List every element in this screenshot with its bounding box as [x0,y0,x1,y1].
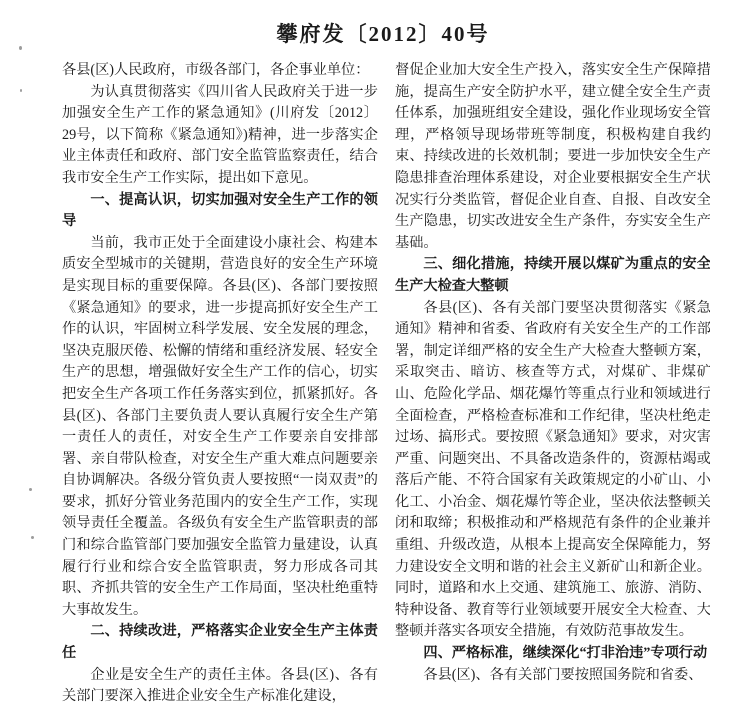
scan-speck [31,536,34,539]
scan-speck [19,46,22,50]
document-page: 攀府发〔2012〕40号 各县(区)人民政府，市级各部门，各企事业单位：为认真贯… [0,0,752,727]
paragraph-body: 各县(区)、各有关部门要按照国务院和省委、 [395,665,710,687]
paragraph-body: 为认真贯彻落实《四川省人民政府关于进一步加强安全生产工作的紧急通知》(川府发〔2… [62,82,378,190]
paragraph-heading: 一、提高认识，切实加强对安全生产工作的领导 [62,190,378,233]
right-column: 督促企业加大安全生产投入，落实安全生产保障措施，提高生产安全防护水平，建立健全安… [395,60,710,727]
paragraph-body: 各县(区)、各有关部门要坚决贯彻落实《紧急通知》精神和省委、省政府有关安全生产的… [395,298,710,644]
left-column: 各县(区)人民政府，市级各部门，各企事业单位：为认真贯彻落实《四川省人民政府关于… [62,60,378,727]
paragraph-heading: 三、细化措施，持续开展以煤矿为重点的安全生产大检查大整顿 [395,254,710,297]
document-number: 攀府发〔2012〕40号 [7,18,752,48]
text-columns: 各县(区)人民政府，市级各部门，各企事业单位：为认真贯彻落实《四川省人民政府关于… [62,60,710,727]
paragraph-heading: 二、持续改进，严格落实企业安全生产主体责任 [62,621,378,664]
paragraph-body: 督促企业加大安全生产投入，落实安全生产保障措施，提高生产安全防护水平，建立健全安… [395,60,710,254]
paragraph-body: 当前，我市正处于全面建设小康社会、构建本质安全型城市的关键期，营造良好的安全生产… [62,233,378,622]
scan-speck [29,488,32,491]
scan-speck [303,42,305,44]
scan-speck [20,89,22,92]
paragraph-body: 企业是安全生产的责任主体。各县(区)、各有关部门要深入推进企业安全生产标准化建设… [62,665,378,708]
paragraph-heading: 四、严格标准，继续深化“打非治违”专项行动 [395,643,710,665]
paragraph-body: 各县(区)人民政府，市级各部门，各企事业单位： [62,60,378,82]
